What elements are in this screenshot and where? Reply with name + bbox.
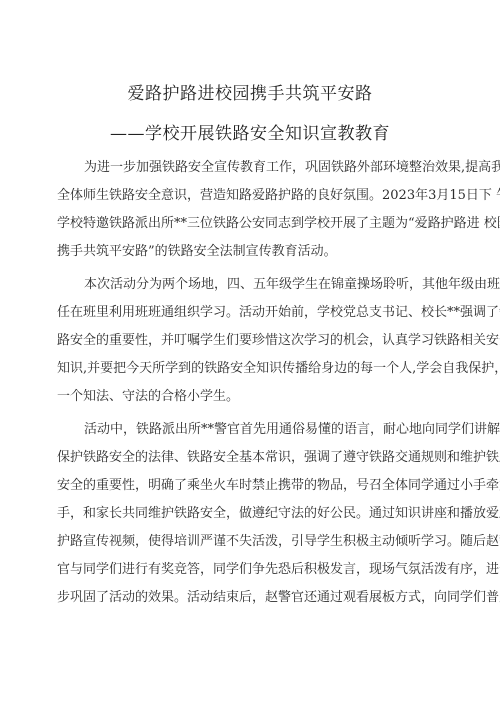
paragraph-line: 官与同学们进行有奖竞答，同学们争先恐后积极发言，现场气氛活泼有序，进一 (57, 556, 449, 584)
paragraph-3: 活动中，铁路派出所**警官首先用通俗易懂的语言，耐心地向同学们讲解了 保护铁路安… (57, 416, 449, 612)
paragraph-line: 保护铁路安全的法律、铁路安全基本常识，强调了遵守铁路交通规则和维护铁路 (57, 444, 449, 472)
paragraph-line: 全体师生铁路安全意识，营造知路爱路护路的良好氛围。2023年3月15日下 午， (57, 182, 449, 210)
paragraph-line: 护路宣传视频，使得培训严谨不失活泼，引导学生积极主动倾听学习。随后赵警 (57, 528, 449, 556)
paragraph-line: 携手共筑平安路”的铁路安全法制宣传教育活动。 (57, 238, 449, 266)
document-title: 爱路护路进校园携手共筑平安路 (0, 79, 500, 104)
paragraph-line: 一个知法、守法的合格小学生。 (57, 383, 449, 411)
paragraph-line: 任在班里利用班班通组织学习。活动开始前，学校党总支书记、校长**强调了铁 (57, 299, 449, 327)
document-subtitle: ——学校开展铁路安全知识宣教教育 (0, 119, 500, 144)
paragraph-line: 知识,并要把今天所学到的铁路安全知识传播给身边的每一个人,学会自我保护，做 (57, 355, 449, 383)
paragraph-line: 手，和家长共同维护铁路安全，做遵纪守法的好公民。通过知识讲座和播放爱路 (57, 500, 449, 528)
paragraph-line: 安全的重要性，明确了乘坐火车时禁止携带的物品，号召全体同学通过小手牵大 (57, 472, 449, 500)
paragraph-line: 活动中，铁路派出所**警官首先用通俗易懂的语言，耐心地向同学们讲解了 (57, 416, 449, 444)
paragraph-line: 路安全的重要性，并叮嘱学生们要珍惜这次学习的机会，认真学习铁路相关安全 (57, 327, 449, 355)
paragraph-line: 本次活动分为两个场地，四、五年级学生在锦童操场聆听，其他年级由班主 (57, 271, 449, 299)
paragraph-line: 为进一步加强铁路安全宣传教育工作，巩固铁路外部环境整治效果,提高我 校 (57, 154, 449, 182)
paragraph-line: 步巩固了活动的效果。活动结束后，赵警官还通过观看展板方式，向同学们普及 (57, 584, 449, 612)
paragraph-line: 学校特邀铁路派出所**三位铁路公安同志到学校开展了主题为“爱路护路进 校园- (57, 210, 449, 238)
document-body: 为进一步加强铁路安全宣传教育工作，巩固铁路外部环境整治效果,提高我 校 全体师生… (57, 154, 449, 617)
paragraph-2: 本次活动分为两个场地，四、五年级学生在锦童操场聆听，其他年级由班主 任在班里利用… (57, 271, 449, 411)
paragraph-1: 为进一步加强铁路安全宣传教育工作，巩固铁路外部环境整治效果,提高我 校 全体师生… (57, 154, 449, 266)
document-page: 爱路护路进校园携手共筑平安路 ——学校开展铁路安全知识宣教教育 为进一步加强铁路… (0, 0, 500, 707)
